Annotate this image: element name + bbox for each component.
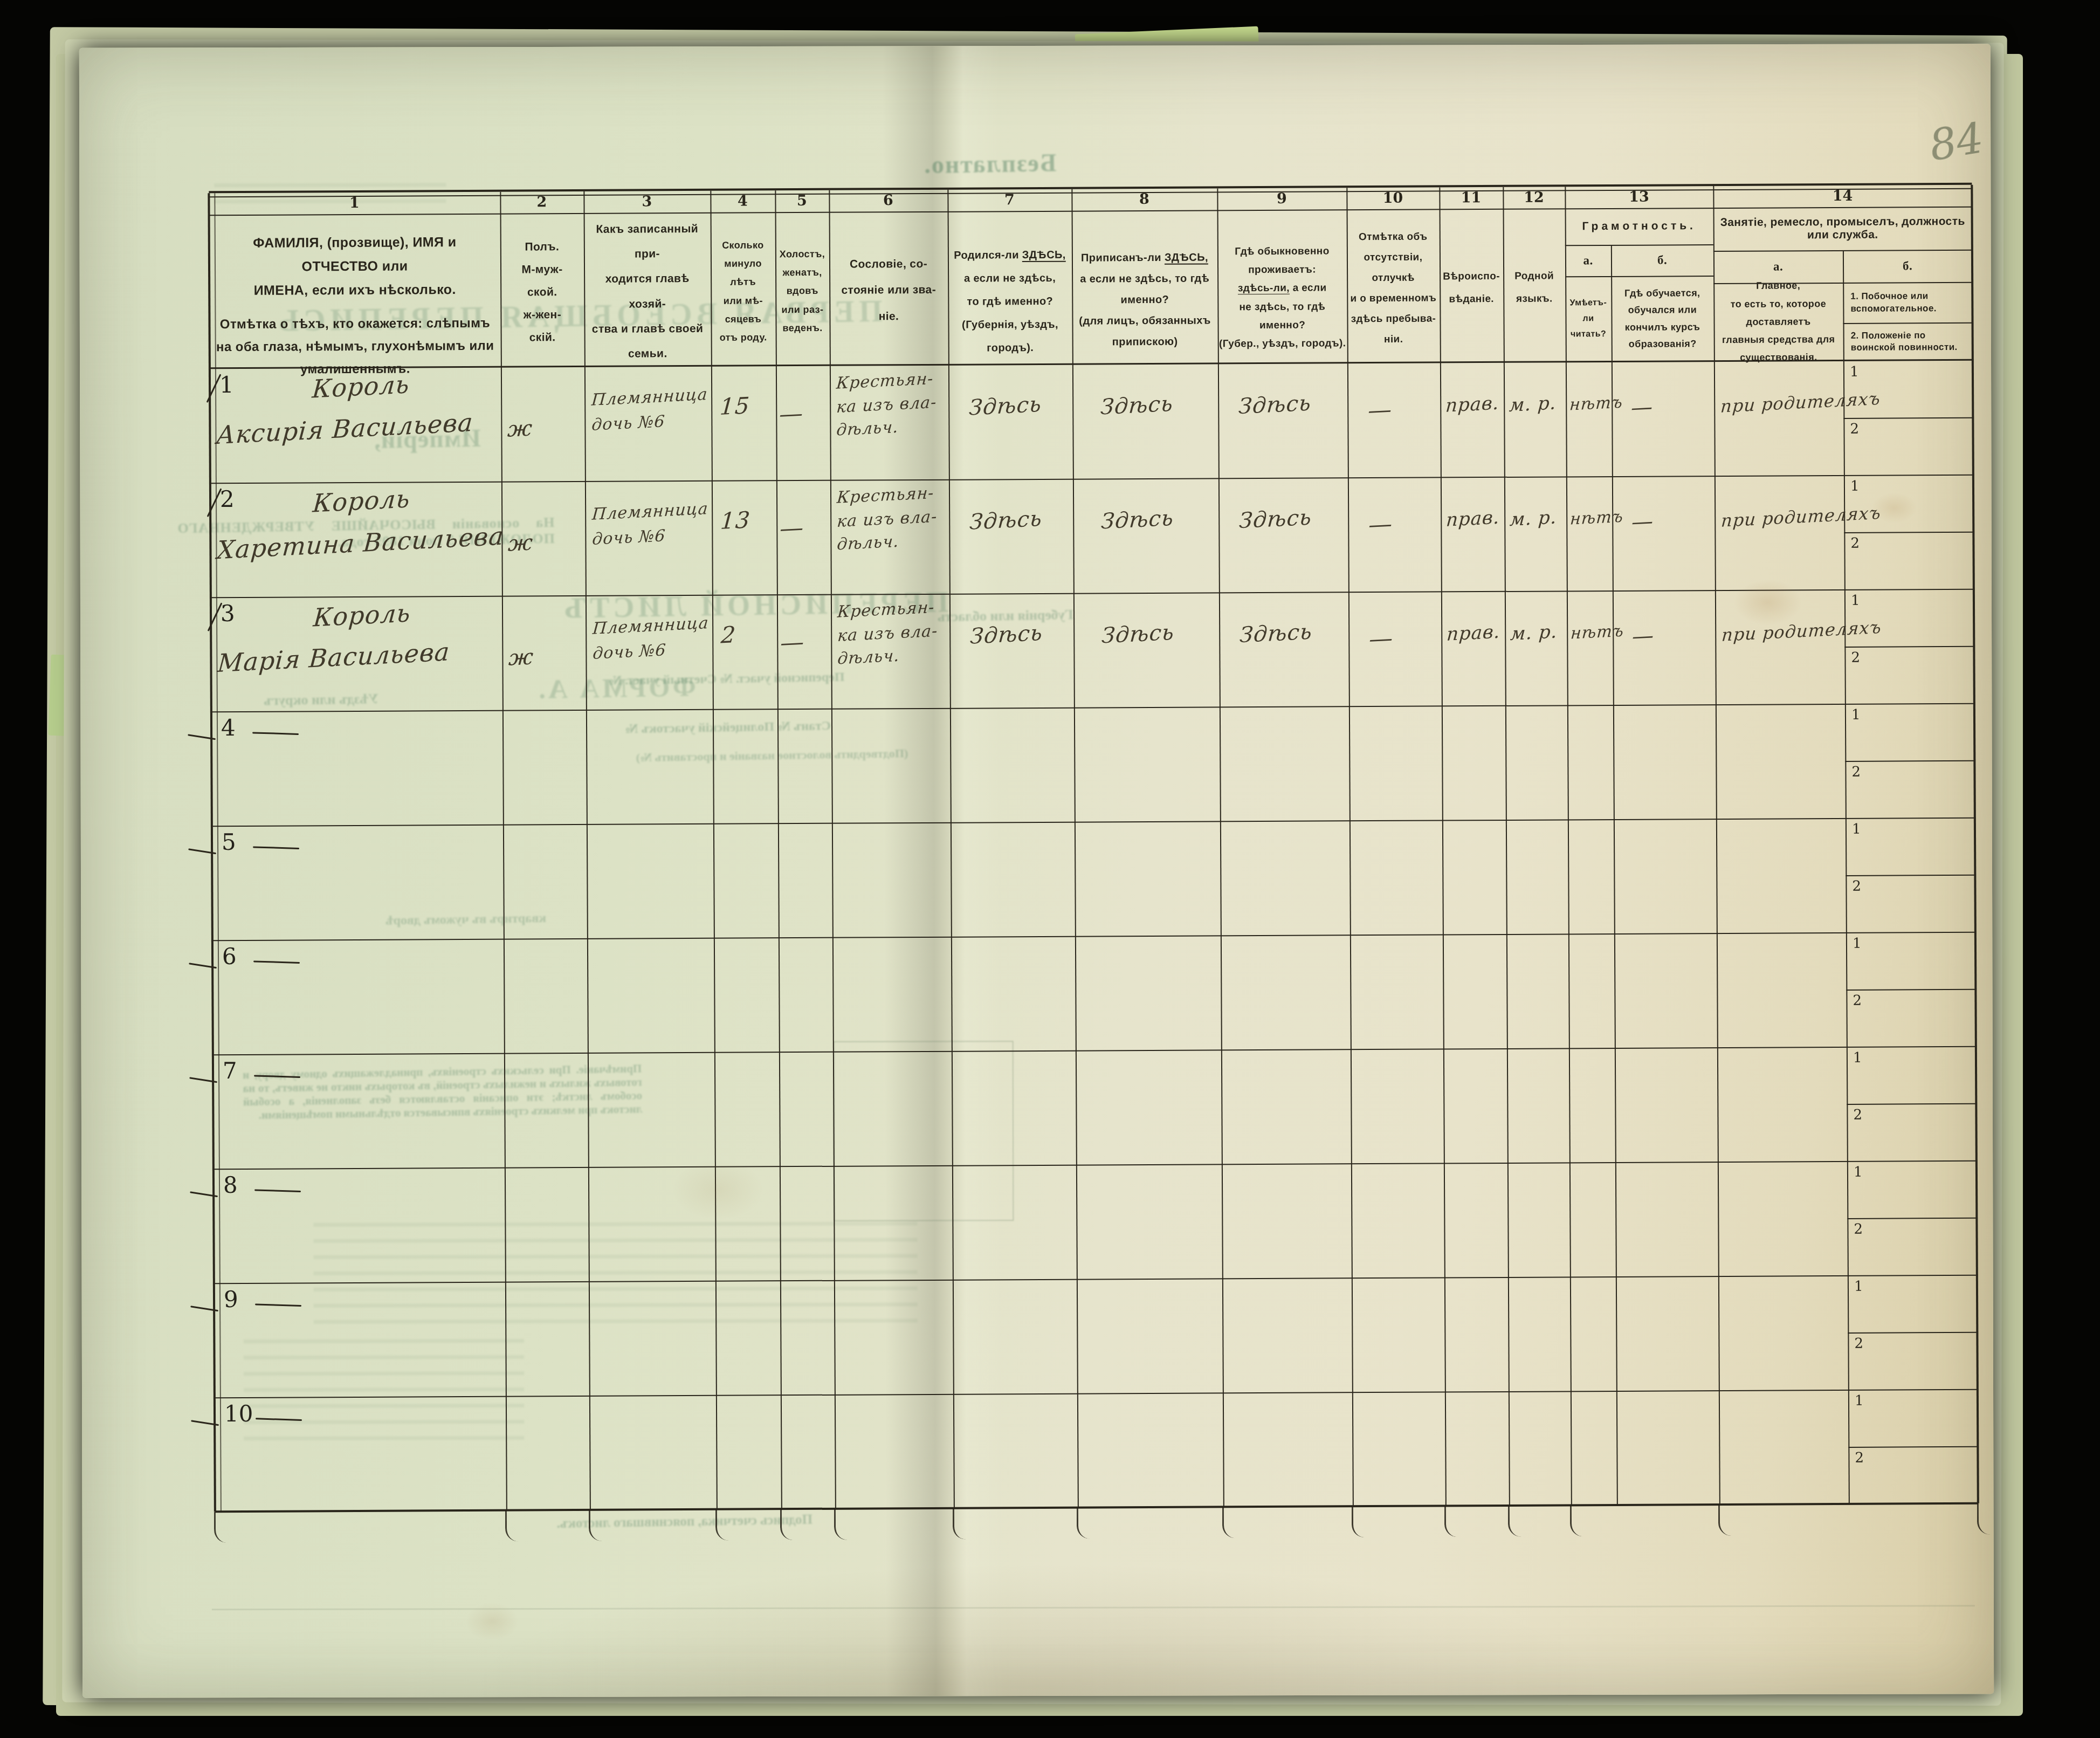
col-header-age: Сколько минуло лѣтъ или мѣ- сяцевъ отъ р…	[712, 216, 775, 366]
census-form-page: Безплатно.ПЕРВАЯ ВСЕОБЩАЯ ПЕРЕПИСЬИмпері…	[79, 44, 1994, 1698]
subrow-label-side: 1	[1851, 593, 1860, 609]
handwritten-education: —	[1631, 509, 1655, 535]
col-header-occupation-b-label: б.	[1844, 251, 1971, 281]
handwritten-education: —	[1630, 395, 1654, 421]
scanned-census-sheet: Безплатно.ПЕРВАЯ ВСЕОБЩАЯ ПЕРЕПИСЬИмпері…	[0, 0, 2100, 1738]
column-number: 2	[500, 194, 583, 211]
row-strike	[254, 1075, 300, 1078]
row-number: 2	[220, 486, 235, 512]
grid-line-hook	[214, 1512, 230, 1543]
subrow-label-military: 2	[1850, 535, 1860, 552]
col-header-literacy-b-label: б.	[1612, 245, 1712, 275]
row-number: 5	[222, 829, 236, 855]
grid-line	[1846, 989, 1975, 991]
grid-line	[1843, 250, 1850, 1504]
handwritten-estate2: ка изъ вла-	[836, 507, 938, 531]
grid-line	[1565, 187, 1572, 1505]
grid-line	[583, 191, 591, 1510]
subrow-label-side: 1	[1855, 1393, 1864, 1409]
handwritten-marital: —	[778, 400, 804, 429]
col-header-registration-here: ЗДѢСЬ,	[1165, 251, 1208, 263]
grid-line-hook	[953, 1508, 968, 1540]
subrow-label-military: 2	[1854, 1336, 1863, 1352]
col-header-literacy-a-label: а.	[1566, 246, 1610, 275]
handwritten-absence: —	[1367, 396, 1393, 425]
col-header-sex: Полъ. М-муж- ской. ж-жен- скій.	[501, 217, 583, 367]
row-strike	[255, 1303, 301, 1307]
handwritten-age: 13	[719, 506, 751, 534]
col-header-occupation-main: Главное, то есть то, которое доставляетъ…	[1715, 284, 1842, 360]
grid-line	[214, 1160, 1977, 1170]
grid-line-hook	[1508, 1506, 1524, 1537]
handwritten-registered: Здѣсь	[1101, 620, 1175, 649]
subrow-label-side: 1	[1851, 707, 1861, 723]
handwritten-rel1: Племянница	[591, 499, 709, 524]
handwritten-name2: Аксирія Васильева	[216, 408, 474, 450]
grid-line-hook	[1444, 1506, 1460, 1537]
subrow-label-military: 2	[1854, 1221, 1863, 1238]
grid-line	[211, 703, 1974, 712]
grid-line	[213, 1046, 1976, 1055]
col-header-language: Родной языкъ.	[1504, 212, 1565, 362]
column-number: 13	[1565, 188, 1713, 205]
subrow-label-military: 2	[1853, 1107, 1862, 1123]
grid-line	[1848, 1332, 1977, 1334]
column-number: 4	[710, 193, 775, 210]
handwritten-rel2: дочь №6	[591, 412, 665, 435]
grid-line-hook	[1570, 1505, 1586, 1536]
col-header-relation: Какъ записанный при- ходится главѣ хозяй…	[586, 217, 709, 367]
handwritten-age: 2	[720, 621, 736, 649]
row-number: 8	[223, 1172, 238, 1198]
row-number: 6	[222, 943, 237, 970]
handwritten-reads: нѣтъ	[1569, 393, 1623, 415]
grid-line	[500, 192, 507, 1510]
grid-line	[215, 1502, 1978, 1513]
row-number: 1	[219, 372, 234, 398]
col-header-literacy-education: Гдѣ обучается, обучался или кончилъ курс…	[1612, 277, 1713, 361]
grid-line-hook	[834, 1509, 850, 1540]
grid-line	[1847, 1103, 1976, 1105]
grid-line	[1848, 1446, 1978, 1448]
column-number: 10	[1346, 189, 1439, 207]
grid-line-hook	[589, 1510, 604, 1541]
col-header-residence: Гдѣ обыкновенно проживаетъ: здѣсь-ли, а …	[1218, 214, 1346, 363]
col-header-residence-here: здѣсь-ли,	[1238, 283, 1290, 294]
grid-line	[1844, 646, 1974, 648]
row-strike	[254, 1189, 301, 1192]
subrow-label-side: 1	[1850, 364, 1859, 380]
subrow-label-military: 2	[1853, 993, 1862, 1009]
grid-line	[947, 190, 955, 1508]
grid-line-hook	[1077, 1508, 1092, 1539]
grid-line-hook	[1352, 1506, 1367, 1537]
col-header-literacy-reads: Умѣетъ- ли читать?	[1566, 277, 1610, 361]
handwritten-occupation: при родителяхъ	[1720, 388, 1881, 417]
census-table: ФАМИЛІЯ, (прозвище), ИМЯ и ОТЧЕСТВО или …	[79, 39, 1998, 1699]
col-header-absence: Отмѣтка объ отсутствіи, отлучкѣ и о врем…	[1348, 213, 1439, 363]
row-number: 7	[223, 1057, 237, 1084]
column-number: 5	[775, 193, 829, 209]
handwritten-name1: Король	[311, 369, 410, 403]
handwritten-name2: Марія Васильева	[217, 637, 451, 678]
column-number: 6	[829, 192, 947, 209]
handwritten-religion: прав.	[1446, 621, 1501, 645]
subrow-label-military: 2	[1851, 764, 1861, 780]
handwritten-born: Здѣсь	[969, 506, 1043, 535]
grid-line	[1503, 187, 1510, 1506]
handwritten-page-number: 84	[1926, 114, 1987, 171]
row-number: 4	[221, 715, 236, 741]
handwritten-registered: Здѣсь	[1100, 391, 1174, 420]
handwritten-absence: —	[1368, 624, 1394, 654]
col-header-name: ФАМИЛІЯ, (прозвище), ИМЯ и ОТЧЕСТВО или …	[214, 219, 497, 377]
column-number: 7	[947, 191, 1071, 209]
row-number: 10	[224, 1400, 253, 1427]
handwritten-resides: Здѣсь	[1238, 390, 1312, 419]
subrow-label-side: 1	[1853, 1050, 1862, 1066]
handwritten-rel1: Племянница	[591, 385, 708, 410]
grid-line	[1843, 417, 1973, 419]
row-number: 9	[224, 1286, 238, 1313]
handwritten-rel1: Племянница	[592, 614, 710, 638]
subrow-label-side: 1	[1854, 1279, 1863, 1295]
col-header-birthplace-here: ЗДѢСЬ,	[1022, 249, 1066, 260]
subrow-label-side: 1	[1853, 936, 1862, 952]
grid-line	[1971, 185, 1979, 1503]
grid-line-hook	[1977, 1503, 1993, 1535]
col-header-occupation: Занятіе, ремесло, промыселъ, должность и…	[1715, 208, 1971, 250]
handwritten-religion: прав.	[1445, 507, 1500, 531]
column-number: 9	[1217, 190, 1346, 207]
col-header-registration-rest: а если не здѣсь, то гдѣ именно? (для лиц…	[1079, 251, 1211, 348]
subrow-label-military: 2	[1855, 1450, 1864, 1466]
grid-line	[212, 818, 1975, 827]
handwritten-language: м. р.	[1510, 621, 1558, 645]
grid-line	[211, 589, 1974, 598]
handwritten-age: 15	[719, 392, 751, 420]
col-header-religion: Вѣроиспо- вѣданіе.	[1441, 213, 1503, 363]
grid-line	[1346, 188, 1354, 1506]
row-strike	[253, 846, 299, 849]
subrow-label-side: 1	[1850, 478, 1860, 494]
column-number: 8	[1071, 190, 1217, 208]
handwritten-born: Здѣсь	[969, 621, 1044, 649]
grid-line	[1847, 1218, 1977, 1219]
column-number: 14	[1713, 187, 1972, 205]
handwritten-estate3: дѣльч.	[837, 646, 900, 668]
handwritten-sex: ж	[507, 530, 534, 557]
handwritten-rel2: дочь №6	[592, 641, 666, 663]
col-header-name-note: Отмѣтка о тѣхъ, кто окажется: слѣпымъ на…	[216, 312, 494, 381]
grid-line-hook	[780, 1509, 796, 1540]
handwritten-language: м. р.	[1509, 506, 1558, 531]
handwritten-estate1: Крестьян-	[837, 598, 935, 622]
col-header-registration: Приписанъ-ли ЗДѢСЬ, а если не здѣсь, то …	[1073, 214, 1217, 364]
handwritten-education: —	[1631, 623, 1655, 649]
handwritten-religion: прав.	[1445, 393, 1500, 417]
handwritten-name1: Король	[312, 484, 411, 518]
handwritten-resides: Здѣсь	[1238, 505, 1313, 533]
grid-line-hook	[715, 1509, 731, 1541]
col-header-estate: Сословіе, со- стояніе или зва- ніе.	[830, 216, 947, 366]
row-strike	[252, 732, 299, 735]
grid-line	[1844, 532, 1973, 533]
col-header-registration-text: Приписанъ-ли	[1081, 251, 1165, 264]
handwritten-name2: Харетина Васильева	[216, 521, 505, 565]
subrow-label-military: 2	[1850, 421, 1859, 437]
handwritten-registered: Здѣсь	[1100, 506, 1175, 534]
grid-line	[215, 1389, 1978, 1398]
grid-line	[1713, 186, 1720, 1505]
handwritten-reads: нѣтъ	[1569, 507, 1624, 529]
handwritten-reads: нѣтъ	[1570, 622, 1624, 643]
col-header-occupation-military: 2. Положеніе по воинской повинности.	[1844, 324, 1973, 360]
handwritten-sex: ж	[508, 644, 535, 671]
handwritten-absence: —	[1367, 510, 1394, 539]
row-strike	[253, 960, 300, 964]
subrow-label-military: 2	[1851, 650, 1860, 666]
handwritten-estate2: ка изъ вла-	[837, 622, 938, 645]
column-number: 11	[1439, 189, 1503, 207]
grid-line	[210, 475, 1973, 484]
grid-line	[1071, 189, 1079, 1508]
col-header-birthplace-text: Родился-ли	[954, 249, 1022, 262]
subrow-label-side: 1	[1852, 821, 1861, 837]
column-number: 12	[1503, 189, 1565, 206]
grid-line-hook	[1718, 1505, 1734, 1536]
row-number: 3	[221, 600, 235, 627]
col-header-birthplace-rest: а если не здѣсь, то гдѣ именно? (Губерні…	[962, 249, 1066, 354]
handwritten-estate3: дѣльч.	[836, 417, 899, 439]
handwritten-occupation: при родителяхъ	[1720, 503, 1882, 531]
column-number: 3	[583, 193, 710, 210]
grid-line	[710, 191, 718, 1509]
handwritten-estate1: Крестьян-	[836, 369, 934, 393]
grid-line	[1439, 187, 1447, 1506]
col-header-marital: Холостъ, женатъ, вдовъ или раз- веденъ.	[776, 216, 829, 366]
handwritten-sex: ж	[507, 416, 534, 442]
handwritten-rel2: дочь №6	[591, 526, 666, 549]
row-strike	[256, 1418, 302, 1421]
grid-line-hook	[505, 1510, 521, 1542]
handwritten-marital: —	[779, 628, 805, 657]
handwritten-occupation: при родителяхъ	[1721, 617, 1882, 645]
col-header-name-main: ФАМИЛІЯ, (прозвище), ИМЯ и ОТЧЕСТВО или …	[214, 231, 497, 303]
col-header-birthplace: Родился-ли ЗДѢСЬ, а если не здѣсь, то гд…	[949, 215, 1071, 365]
grid-line	[829, 190, 836, 1509]
grid-line	[1611, 245, 1618, 1505]
handwritten-marital: —	[779, 514, 805, 543]
grid-line	[1217, 188, 1224, 1507]
grid-line	[1845, 760, 1974, 762]
grid-line	[214, 1275, 1977, 1284]
handwritten-born: Здѣсь	[968, 392, 1043, 421]
col-header-residence-text: Гдѣ обыкновенно проживаетъ:	[1235, 245, 1330, 276]
grid-line-hook	[1222, 1507, 1238, 1538]
handwritten-name1: Король	[312, 598, 411, 632]
grid-line	[775, 190, 782, 1509]
subrow-label-side: 1	[1854, 1164, 1863, 1180]
grid-line	[212, 932, 1975, 941]
subrow-label-military: 2	[1852, 878, 1861, 895]
col-header-occupation-side: 1. Побочное или вспомогательное.	[1844, 283, 1972, 322]
handwritten-language: м. р.	[1509, 392, 1557, 416]
handwritten-resides: Здѣсь	[1239, 619, 1313, 648]
grid-line	[1846, 875, 1975, 876]
handwritten-estate2: ка изъ вла-	[836, 393, 937, 417]
handwritten-estate1: Крестьян-	[836, 484, 935, 507]
col-header-literacy: Грамотность.	[1566, 209, 1712, 244]
handwritten-estate3: дѣльч.	[836, 532, 900, 554]
column-number: 1	[209, 194, 500, 212]
